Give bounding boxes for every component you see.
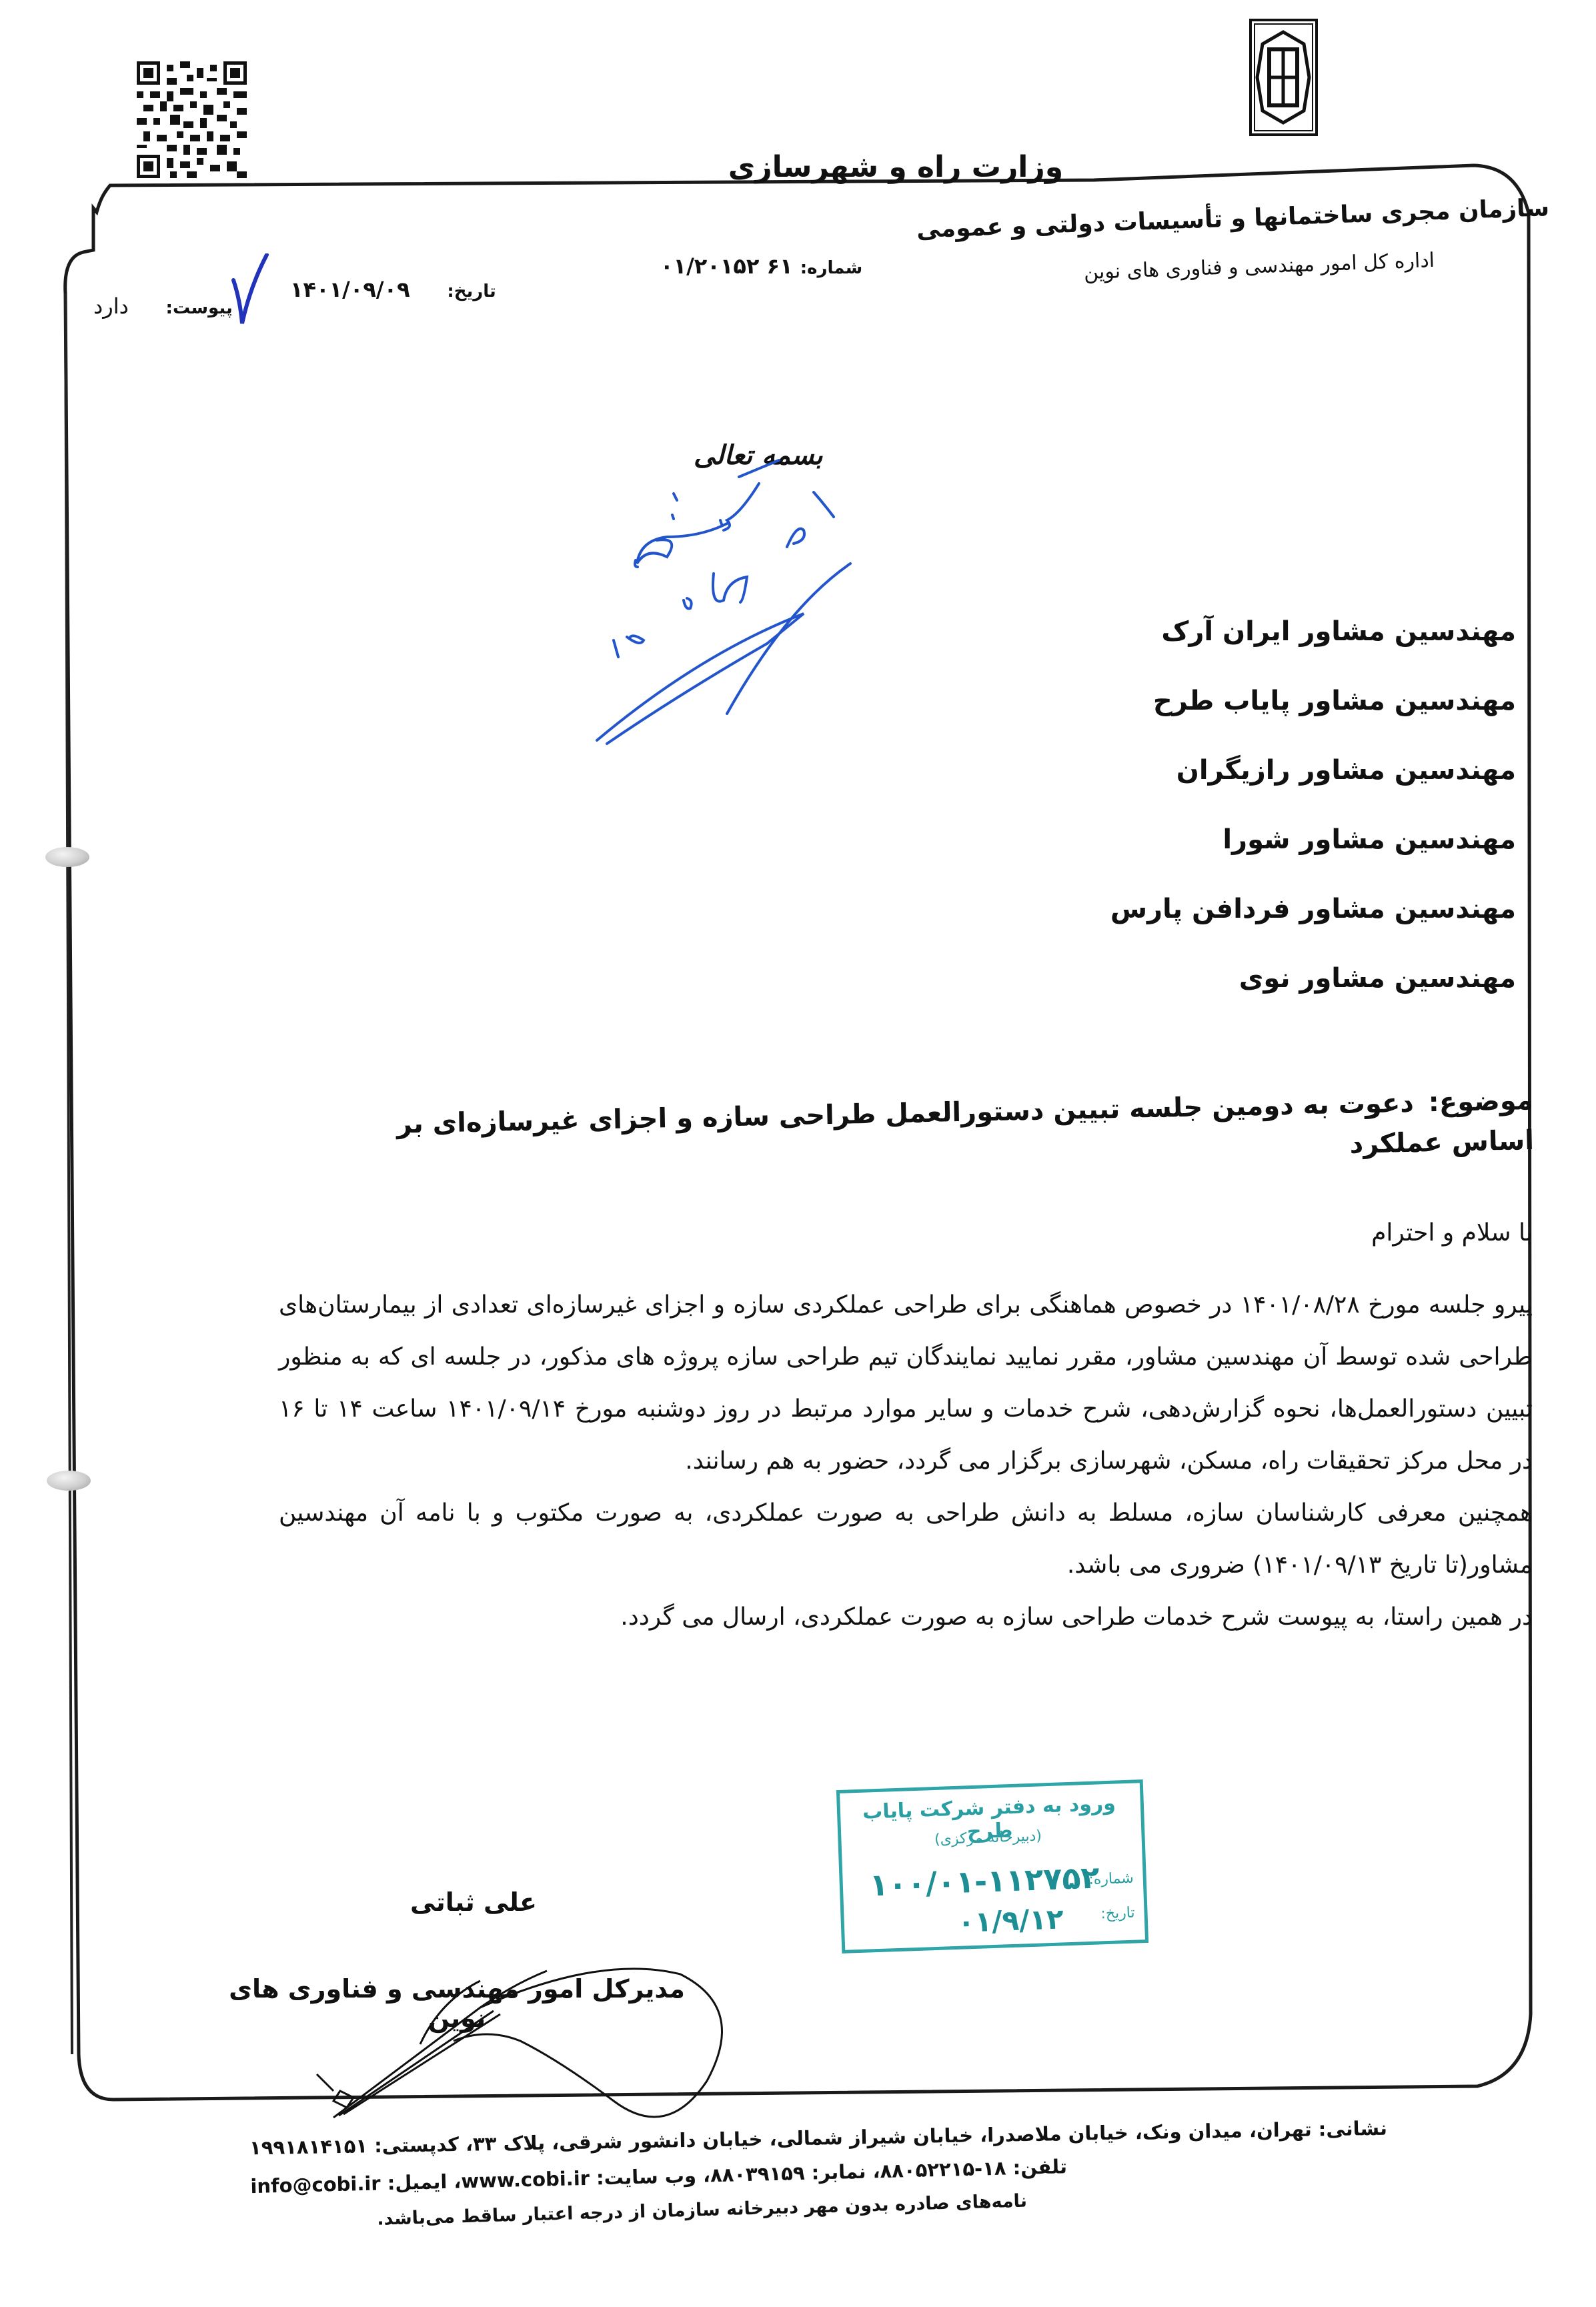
email-label: ایمیل: [387, 2170, 447, 2194]
handwritten-checkmark-icon [230, 253, 270, 327]
received-stamp: ورود به دفتر شرکت پایاب طرح (دبیرخانه مر… [836, 1779, 1148, 1954]
signer-name: علی ثباتی [373, 1887, 574, 1917]
binder-hole [47, 1471, 91, 1491]
letter-body: با سلام و احترام پیرو جلسه مورخ ۱۴۰۱/۰۸/… [279, 1207, 1533, 1643]
recipient-item: مهندسین مشاور نوی [916, 944, 1516, 1013]
stamp-date-label: تاریخ: [1100, 1905, 1135, 1923]
window-emblem-icon [1249, 19, 1318, 136]
organization-name: سازمان مجری ساختمانها و تأسیسات دولتی و … [882, 192, 1550, 247]
recipient-item: مهندسین مشاور رازیگران [916, 736, 1516, 805]
signature-scribble [200, 1968, 800, 2128]
website-label: وب سایت: [596, 2164, 697, 2190]
fax-value: ۸۸۰۳۹۱۵۹ [710, 2162, 805, 2186]
body-paragraph: پیرو جلسه مورخ ۱۴۰۱/۰۸/۲۸ در خصوص هماهنگ… [279, 1279, 1533, 1487]
letter-date-label: تاریخ: [447, 281, 496, 301]
letter-subject: موضوع: دعوت به دومین جلسه تبیین دستورالع… [332, 1080, 1534, 1186]
website-link[interactable]: www.cobi.ir [461, 2167, 590, 2193]
department-name: اداره کل امور مهندسی و فناوری های نوین [1026, 245, 1493, 287]
recipient-list: مهندسین مشاور ایران آرک مهندسین مشاور پا… [916, 597, 1516, 1013]
body-paragraph: در همین راستا، به پیوست شرح خدمات طراحی … [279, 1591, 1533, 1643]
phone-label: تلفن: [1012, 2155, 1067, 2179]
letter-footer: نشانی: تهران، میدان ونک، خیابان ملاصدرا،… [200, 2121, 1401, 2225]
attachment-field: پیوست: دارد [93, 293, 233, 319]
recipient-item: مهندسین مشاور ایران آرک [916, 597, 1516, 666]
letter-date-value: ۱۴۰۱/۰۹/۰۹ [290, 277, 410, 302]
recipient-item: مهندسین مشاور شورا [916, 805, 1516, 874]
qr-code-icon [137, 61, 247, 178]
letter-number: شماره: ۶۱ ۰۱/۲۰۱۵۲ [660, 253, 862, 279]
attachment-label: پیوست: [166, 298, 233, 318]
subject-label: موضوع: [1428, 1085, 1533, 1118]
ministry-name: وزارت راه و شهرسازی [662, 150, 1129, 184]
stamp-number-value: ۱۰۰/۰۱-۱۱۲۷۵۲ [869, 1859, 1100, 1903]
letter-number-label: شماره: [800, 258, 862, 278]
body-paragraph: همچنین معرفی کارشناسان سازه، مسلط به دان… [279, 1487, 1533, 1591]
greeting: با سلام و احترام [279, 1207, 1533, 1259]
phone-value: ۱۸-۸۸۰۵۲۲۱۵ [880, 2156, 1006, 2182]
stamp-date-value: ۰۱/۹/۱۲ [957, 1902, 1064, 1939]
letter-number-value: ۶۱ ۰۱/۲۰۱۵۲ [660, 253, 793, 279]
recipient-item: مهندسین مشاور فردافن پارس [916, 874, 1516, 944]
letter-date: تاریخ: ۱۴۰۱/۰۹/۰۹ [290, 277, 496, 302]
fax-label: نمابر: [811, 2160, 866, 2184]
attachment-value: دارد [93, 293, 129, 319]
binder-hole [45, 847, 89, 867]
subject-text: دعوت به دومین جلسه تبیین دستورالعمل طراح… [396, 1088, 1534, 1160]
recipient-item: مهندسین مشاور پایاب طرح [916, 666, 1516, 736]
email-link[interactable]: info@cobi.ir [250, 2172, 381, 2198]
